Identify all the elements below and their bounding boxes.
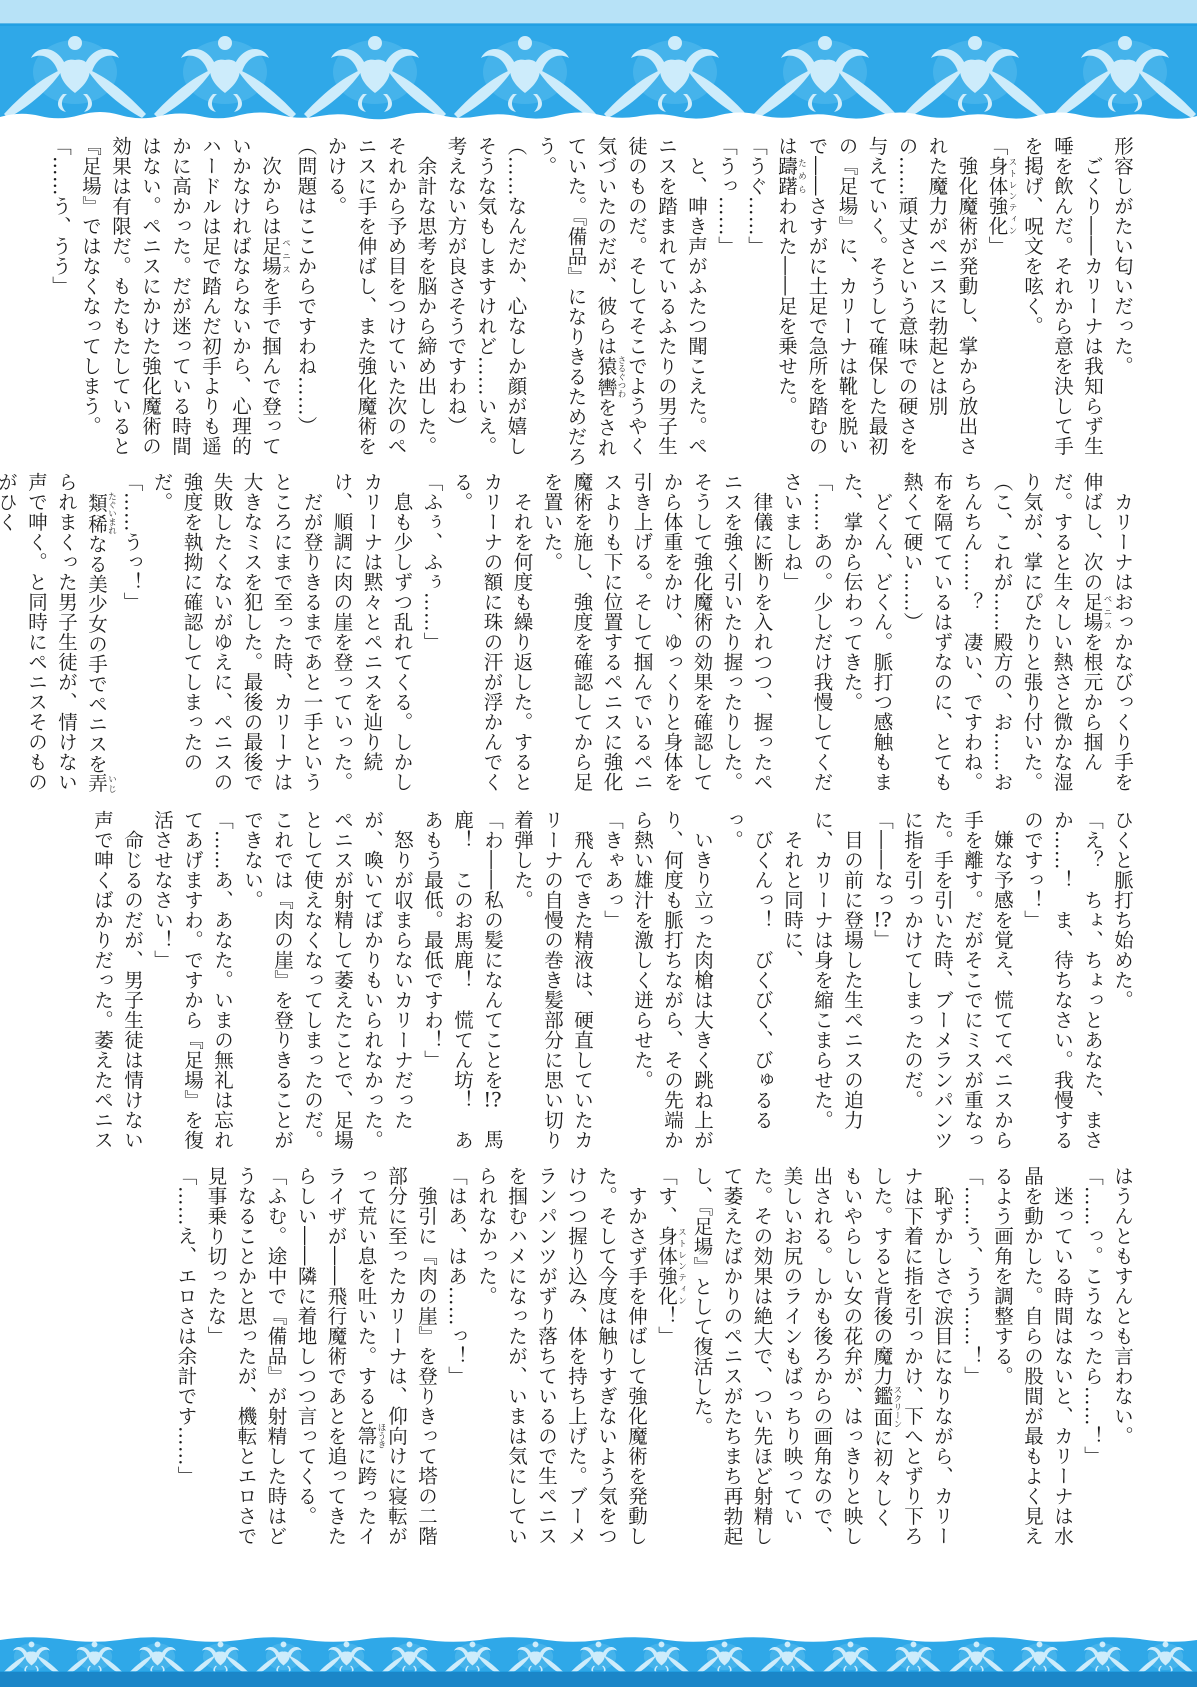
paragraph: 強化魔術が発動し、掌から放出された魔力がペニスに勃起とは別の……頑丈さという意味… [771, 136, 982, 474]
paragraph: 「……う、うう」 [45, 136, 75, 474]
paragraph: ひくと脈打ち始めた。 [1107, 810, 1137, 1162]
paragraph: 息も少しずつ乱れてくる。しかしカリーナは黙々とペニスを辿り続け、順調に肉の崖を登… [327, 472, 417, 810]
paragraph: 「うぐ……」 [741, 136, 771, 474]
paragraph: 「ふぅ、ふぅ……」 [417, 472, 447, 810]
paragraph: はうんともすんとも言わない。 [1107, 1166, 1137, 1546]
paragraph: 「――なっ!?」 [867, 810, 897, 1162]
paragraph: どくん、どくん。脈打つ感触もまた、掌から伝わってきた。 [837, 472, 897, 810]
paragraph: ごくり――カリーナは我知らず生唾を飲んだ。それから意を決して手を掲げ、呪文を呟く… [1017, 136, 1107, 474]
paragraph: と、呻き声がふたつ聞こえた。ペニスを踏まれているふたりの男子生徒のものだ。そして… [531, 136, 712, 474]
tate-chu-yoko: !? [871, 910, 894, 930]
paragraph: 「身体強化ストレンティン」 [982, 136, 1018, 474]
paragraph: 恥ずかしさで涙目になりながら、カリーナは下着に指を引っかけ、下へとずり下ろした。… [687, 1166, 958, 1546]
paragraph: （……なんだか、心なしか顔が嬉しそうな気もしますけれど……いえ。考えない方が良さ… [441, 136, 531, 474]
tate-chu-yoko: !? [481, 1090, 504, 1110]
paragraph: 「……っ。こうなったら……！」 [1077, 1166, 1107, 1546]
paragraph: 「……え、エロさは余計です……」 [171, 1166, 201, 1546]
paragraph: それを何度も繰り返した。するとカリーナの額に珠の汗が浮かんでくる。 [447, 472, 537, 810]
paragraph: 次からは足場ペニスを手で掴んで登っていかなければならないから、心理的ハードルは足… [75, 136, 291, 474]
text-band-2: カリーナはおっかなびっくり手を伸ばし、次の足場ペニスを根元から掴んだ。すると生々… [92, 472, 1137, 810]
ornamental-border-bottom [0, 1597, 1197, 1687]
paragraph: 命じるのだが、男子生徒は情けない声で呻くばかりだった。萎えたペニス [87, 810, 147, 1162]
paragraph: 類稀たぐいまれなる美少女の手でペニスを弄いじられまくった男子生徒が、情けない声で… [0, 472, 117, 810]
paragraph: カリーナはおっかなびっくり手を伸ばし、次の足場ペニスを根元から掴んだ。すると生々… [1017, 472, 1138, 810]
paragraph: 嫌な予感を覚え、慌ててペニスから手を離す。だがそこでにミスが重なった。手を引いた… [897, 810, 1017, 1162]
book-page: 形容しがたい匂いだった。ごくり――カリーナは我知らず生唾を飲んだ。それから意を決… [0, 0, 1197, 1687]
paragraph: 目の前に登場した生ペニスの迫力に、カリーナは身を縮こまらせた。 [807, 810, 867, 1162]
paragraph: 飛んできた精液は、硬直していたカリーナの自慢の巻き髪部分に思い切り着弾した。 [507, 810, 597, 1162]
paragraph: 「す、身体強化ストレンティン！」 [651, 1166, 687, 1546]
paragraph: 「え？ ちょ、ちょっとあなた、まさか……！ ま、待ちなさい。我慢するのですっ！」 [1017, 810, 1107, 1162]
paragraph: 「きゃあっ」 [597, 810, 627, 1162]
paragraph: 「……あ、あなた。いまの無礼は忘れてあげますわ。ですから『足場』を復活させなさい… [147, 810, 237, 1162]
paragraph: だが登りきるまであと一手というところにまで至った時、カリーナは大きなミスを犯した… [147, 472, 327, 810]
text-band-4: はうんともすんとも言わない。「……っ。こうなったら……！」迷っている時間はないと… [92, 1166, 1137, 1546]
paragraph: （問題はここからですわね……） [291, 136, 321, 474]
text-band-1: 形容しがたい匂いだった。ごくり――カリーナは我知らず生唾を飲んだ。それから意を決… [92, 136, 1137, 474]
paragraph: 「わ――私の髪になんてことを!? 馬鹿！ このお馬鹿！ 慌てん坊！ ああもう最低… [417, 810, 507, 1162]
paragraph: いきり立った肉槍は大きく跳ね上がり、何度も脈打ちながら、その先端から熱い雄汁を激… [627, 810, 717, 1162]
paragraph: それと同時に、 [777, 810, 807, 1162]
paragraph: すかさず手を伸ばして強化魔術を発動した。そして今度は触りすぎないよう気をつけつつ… [471, 1166, 651, 1546]
text-band-3: ひくと脈打ち始めた。「え？ ちょ、ちょっとあなた、まさか……！ ま、待ちなさい。… [92, 810, 1137, 1162]
paragraph: 迷っている時間はないと、カリーナは水晶を動かした。自らの股間が最もよく見えるよう… [987, 1166, 1077, 1546]
paragraph: 律儀に断りを入れつつ、握ったペニスを強く引いたり握ったりした。そうして強化魔術の… [537, 472, 777, 810]
paragraph: （こ、これが……殿方の、お……おちんちん……？ 凄い、ですわね。布を隔てているは… [897, 472, 1017, 810]
paragraph: 「……あの。少しだけ我慢してくださいましね」 [777, 472, 837, 810]
paragraph: 「……う、うう……！」 [957, 1166, 987, 1546]
paragraph: 強引に『肉の崖』を登りきって塔の二階部分に至ったカリーナは、仰向けに寝転がって荒… [291, 1166, 442, 1546]
paragraph: びくんっ！ びくびく、びゅるるっ。 [717, 810, 777, 1162]
paragraph: 怒りが収まらないカリーナだったが、喚いてばかりもいられなかった。ペニスが射精して… [237, 810, 417, 1162]
paragraph: 「ふむ。途中で『備品』が射精した時はどうなることかと思ったが、機転とエロさで見事… [201, 1166, 291, 1546]
paragraph: 余計な思考を脳から締め出した。それから予め目をつけていた次のペニスに手を伸ばし、… [321, 136, 441, 474]
paragraph: 形容しがたい匂いだった。 [1107, 136, 1137, 474]
ornamental-border-top [0, 0, 1197, 136]
paragraph: 「はあ、はあ……っ！」 [441, 1166, 471, 1546]
paragraph: 「うっ……」 [711, 136, 741, 474]
paragraph: 「……うっ！」 [117, 472, 147, 810]
